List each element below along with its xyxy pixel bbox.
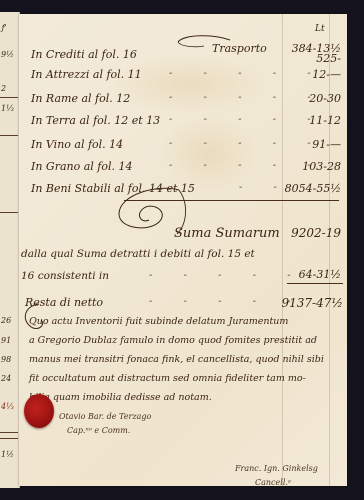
carried-forward-label: Trasporto [212,42,267,55]
prev-page-number: 4⅓ [1,402,14,411]
prev-page-rule [0,212,18,213]
entry-label: In Crediti al fol. 16 [31,48,137,61]
previous-page-edge: ꝭ 9½ 2 1⅓ 26 91 98 24 4⅓ 1½ [0,12,20,488]
entry-label: In Grano al fol. 14 [31,160,133,173]
ledger-page: Lt Trasporto 384-13½ In Crediti al fol. … [19,14,347,486]
entry-amount: 91-— [279,138,341,151]
entry-label: In Attrezzi al fol. 11 [31,68,142,81]
entry-amount: 12-— [279,68,341,81]
prev-page-rule [0,97,18,98]
entry-label: In Terra al fol. 12 et 13 [31,114,160,127]
total-label: Suma Sumarum [174,226,280,241]
total-amount: 9202-19 [279,226,341,240]
prev-page-number: 98 [1,355,11,364]
entry-amount: 8054-55½ [279,182,341,195]
entry-amount: 20-30 [279,92,341,105]
paper-stain [109,54,269,114]
entry-label: In Rame al fol. 12 [31,92,130,105]
prev-page-number: 24 [1,374,11,383]
right-signature-name: Franc. Ign. Ginkelsg [235,464,318,473]
deduction-amount: 64-31½ [279,268,341,281]
prev-page-rule [0,438,18,439]
deduction-text: dalla qual Suma detratti i debiti al fol… [21,248,255,260]
prev-page-rule [0,135,18,136]
wax-seal [24,394,54,428]
column-rule [329,14,330,486]
deduction-rule [287,283,343,284]
net-amount: 9137-47½ [277,296,343,310]
declaration-line: a Gregorio Dublaz famulo in domo quod fo… [29,331,344,350]
deduction-text: 16 consistenti in [21,270,109,282]
declaration-line: fit occultatum aut distractum sed omnia … [29,369,344,388]
prev-page-fragment: ꝭ [1,22,5,33]
right-signature-title: Cancell.ᵃ [255,478,291,487]
prev-page-number: 2 [1,84,6,93]
prev-page-rule [0,432,18,433]
entry-amount: 525- [279,52,341,65]
entry-amount: 103-28 [279,160,341,173]
left-signature-name: Otavio Bar. de Terzago [59,412,151,421]
prev-page-number: 9½ [1,50,14,59]
prev-page-number: 1⅓ [1,104,14,113]
declaration-line: manus mei transitri fonaca fink, el canc… [29,350,344,369]
entry-amount: 11-12 [279,114,341,127]
prev-page-number: 1½ [1,450,14,459]
prev-page-number: 26 [1,316,11,325]
left-signature-title: Cap.ⁿᵒ e Comm. [67,426,130,435]
column-rule [282,14,283,486]
declaration-line: bilia quam imobilia dedisse ad notam. [29,388,344,407]
declaration-line: Quo actu Inventorii fuit subinde delatum… [29,312,344,331]
currency-header: Lt [315,24,325,34]
declaration-text: Quo actu Inventorii fuit subinde delatum… [29,312,344,407]
entry-label: In Vino al fol. 14 [31,138,123,151]
prev-page-number: 91 [1,336,11,345]
